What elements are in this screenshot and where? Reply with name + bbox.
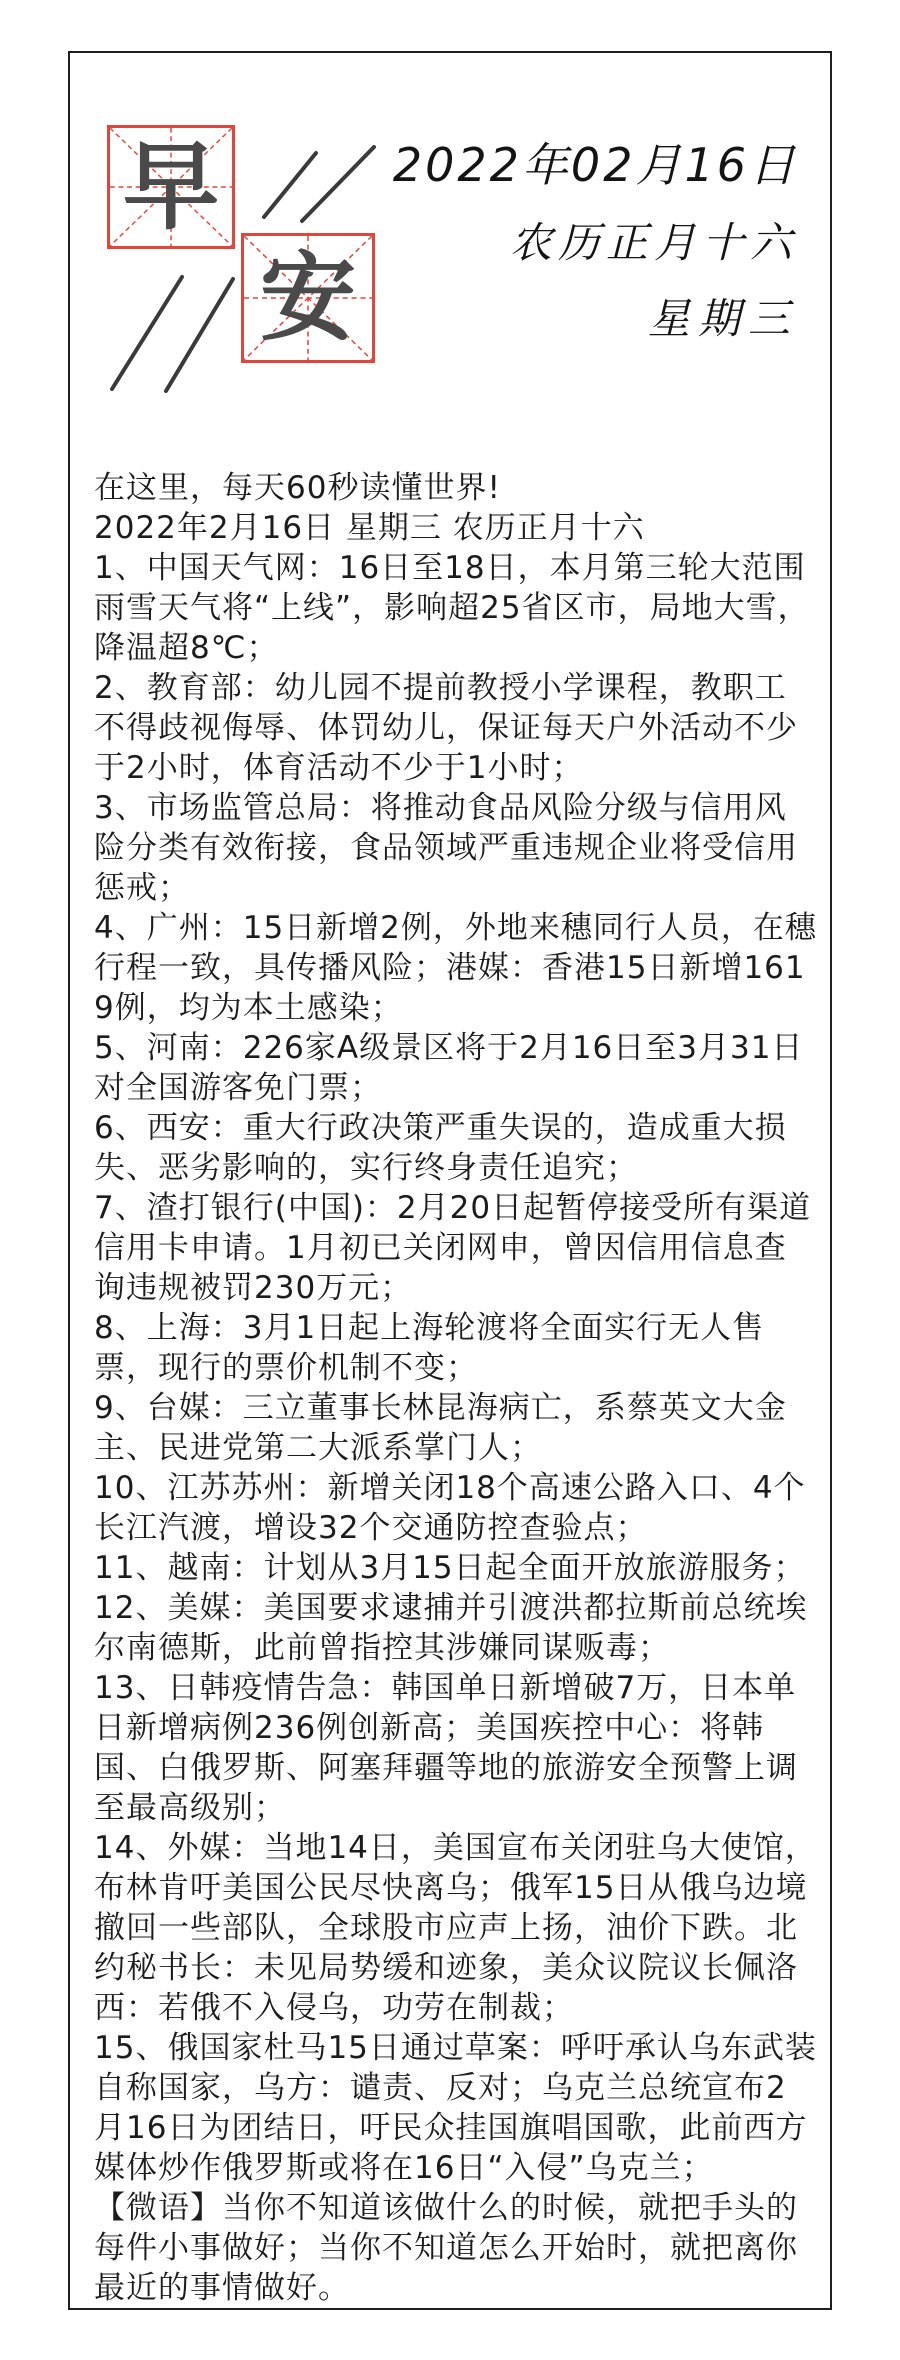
news-item: 1、中国天气网：16日至18日，本月第三轮大范围雨雪天气将“上线”，影响超25省… [94,548,818,668]
news-item: 12、美媒：美国要求逮捕并引渡洪都拉斯前总统埃尔南德斯，此前曾指控其涉嫌同谋贩毒… [94,1588,818,1668]
calligraphy-grid-an: 安 [241,233,375,363]
date-weekday: 星期三 [648,295,798,343]
date-lunar: 农历正月十六 [510,219,798,267]
news-item: 6、西安：重大行政决策严重失误的，造成重大损失、恶劣影响的，实行终身责任追究； [94,1108,818,1188]
news-body: 在这里，每天60秒读懂世界! 2022年2月16日 星期三 农历正月十六 1、中… [94,468,818,2308]
news-item: 8、上海：3月1日起上海轮渡将全面实行无人售票，现行的票价机制不变； [94,1308,818,1388]
news-item: 11、越南：计划从3月15日起全面开放旅游服务； [94,1548,818,1588]
calligraphy-grid-zao: 早 [107,125,235,249]
news-date-line: 2022年2月16日 星期三 农历正月十六 [94,508,818,548]
news-item: 9、台媒：三立董事长林昆海病亡，系蔡英文大金主、民进党第二大派系掌门人； [94,1388,818,1468]
calligraphy-char-an: 安 [260,250,356,346]
news-item: 4、广州：15日新增2例，外地来穗同行人员，在穗行程一致，具传播风险；港媒：香港… [94,908,818,1028]
news-item: 7、渣打银行(中国)：2月20日起暂停接受所有渠道信用卡申请。1月初已关闭网申，… [94,1188,818,1308]
news-item: 3、市场监管总局：将推动食品风险分级与信用风险分类有效衔接，食品领域严重违规企业… [94,788,818,908]
double-slash-icon [260,145,380,225]
news-item: 15、俄国家杜马15日通过草案：呼吁承认乌东武装自称国家，乌方：谴责、反对；乌克… [94,2028,818,2188]
morning-news-image: 早 安 2022年02月16日 农历正月十六 星期三 [0,0,900,2360]
news-item: 5、河南：226家A级景区将于2月16日至3月31日对全国游客免门票； [94,1028,818,1108]
news-item: 14、外媒：当地14日，美国宣布关闭驻乌大使馆，布林肯吁美国公民尽快离乌；俄军1… [94,1828,818,2028]
news-item: 13、日韩疫情告急：韩国单日新增破7万，日本单日新增病例236例创新高；美国疾控… [94,1668,818,1828]
double-slash-icon [106,265,238,395]
news-footer-quote: 【微语】当你不知道该做什么的时候，就把手头的每件小事做好；当你不知道怎么开始时，… [94,2188,818,2308]
news-card: 早 安 2022年02月16日 农历正月十六 星期三 [68,51,832,2310]
calligraphy-char-zao: 早 [123,139,219,235]
news-item: 2、教育部：幼儿园不提前教授小学课程，教职工不得歧视侮辱、体罚幼儿，保证每天户外… [94,668,818,788]
date-block: 2022年02月16日 农历正月十六 星期三 [393,139,798,343]
news-item: 10、江苏苏州：新增关闭18个高速公路入口、4个长江汽渡，增设32个交通防控查验… [94,1468,818,1548]
news-intro: 在这里，每天60秒读懂世界! [94,468,818,508]
date-gregorian: 2022年02月16日 [393,139,798,191]
